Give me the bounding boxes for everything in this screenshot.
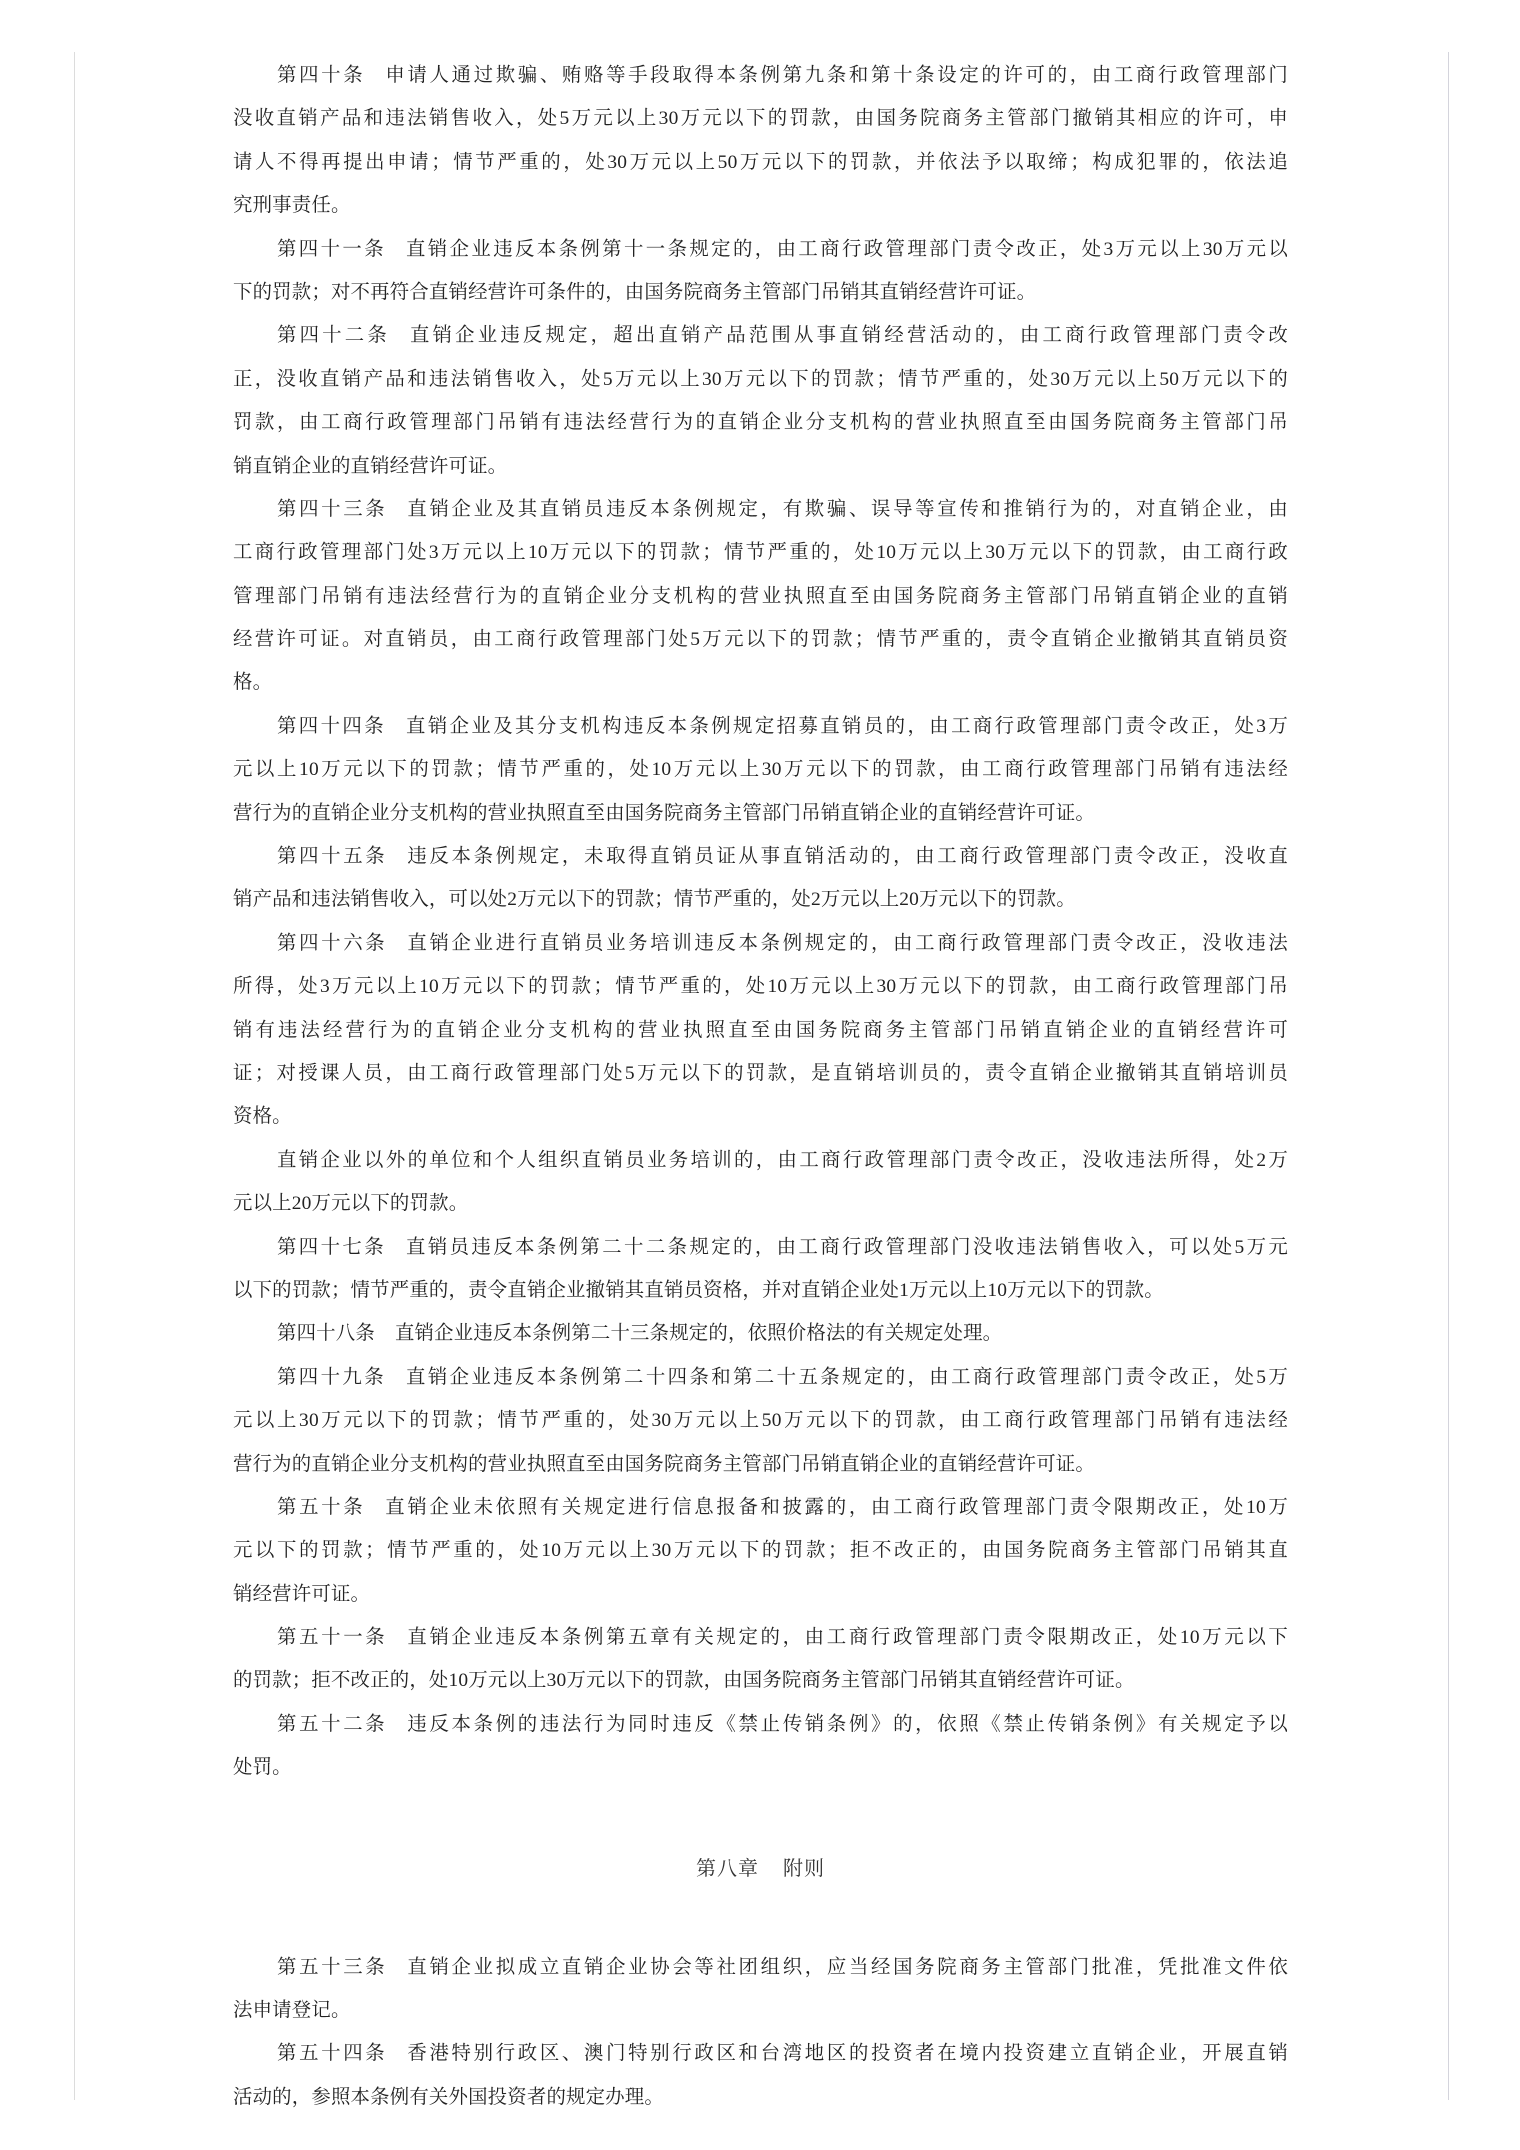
article-number: 第五十三条 — [277, 1957, 387, 1978]
article-paragraph: 第四十一条直销企业违反本条例第十一条规定的，由工商行政管理部门责令改正，处3万元… — [233, 228, 1288, 315]
line-text: 直销企业未依照有关规定进行信息报备和披露的，由工商行政管理部门责令限期改正，处1… — [385, 1497, 1288, 1518]
text-line: 没收直销产品和违法销售收入，处5万元以上30万元以下的罚款，由国务院商务主管部门… — [233, 97, 1288, 140]
line-text: 销产品和违法销售收入，可以处2万元以下的罚款；情节严重的，处2万元以上20万元以… — [233, 889, 1076, 910]
line-text: 直销企业以外的单位和个人组织直销员业务培训的，由工商行政管理部门责令改正，没收违… — [277, 1150, 1288, 1171]
line-text: 直销企业拟成立直销企业协会等社团组织，应当经国务院商务主管部门批准，凭批准文件依 — [407, 1957, 1288, 1978]
line-text: 经营许可证。对直销员，由工商行政管理部门处5万元以下的罚款；情节严重的，责令直销… — [233, 629, 1288, 650]
article-number: 第四十五条 — [277, 846, 387, 867]
line-text: 资格。 — [233, 1106, 292, 1127]
article-number: 第四十一条 — [277, 239, 386, 260]
line-text: 直销企业进行直销员业务培训违反本条例规定的，由工商行政管理部门责令改正，没收违法 — [407, 933, 1288, 954]
line-text: 违反本条例规定，未取得直销员证从事直销活动的，由工商行政管理部门责令改正，没收直 — [407, 846, 1288, 867]
line-text: 处罚。 — [233, 1757, 292, 1778]
text-line: 第四十二条直销企业违反规定，超出直销产品范围从事直销经营活动的，由工商行政管理部… — [233, 314, 1288, 357]
page-border-right — [1448, 52, 1449, 2100]
text-line: 究刑事责任。 — [233, 184, 1288, 227]
line-text: 申请人通过欺骗、贿赂等手段取得本条例第九条和第十条设定的许可的，由工商行政管理部… — [385, 65, 1288, 86]
line-text: 直销员违反本条例第二十二条规定的，由工商行政管理部门没收违法销售收入，可以处5万… — [406, 1237, 1288, 1258]
text-line: 管理部门吊销有违法经营行为的直销企业分支机构的营业执照直至由国务院商务主管部门吊… — [233, 575, 1288, 618]
text-line: 所得，处3万元以上10万元以下的罚款；情节严重的，处10万元以上30万元以下的罚… — [233, 965, 1288, 1008]
text-line: 正，没收直销产品和违法销售收入，处5万元以上30万元以下的罚款；情节严重的，处3… — [233, 358, 1288, 401]
line-text: 销直销企业的直销经营许可证。 — [233, 456, 507, 477]
article-number: 第五十四条 — [277, 2043, 387, 2064]
article-paragraph: 第四十九条直销企业违反本条例第二十四条和第二十五条规定的，由工商行政管理部门责令… — [233, 1356, 1288, 1486]
text-line: 经营许可证。对直销员，由工商行政管理部门处5万元以下的罚款；情节严重的，责令直销… — [233, 618, 1288, 661]
text-line: 第四十条申请人通过欺骗、贿赂等手段取得本条例第九条和第十条设定的许可的，由工商行… — [233, 54, 1288, 97]
text-line: 请人不得再提出申请；情节严重的，处30万元以上50万元以下的罚款，并依法予以取缔… — [233, 141, 1288, 184]
text-line: 销产品和违法销售收入，可以处2万元以下的罚款；情节严重的，处2万元以上20万元以… — [233, 878, 1288, 921]
article-number: 第四十条 — [277, 65, 365, 86]
article-paragraph: 第五十条直销企业未依照有关规定进行信息报备和披露的，由工商行政管理部门责令限期改… — [233, 1486, 1288, 1616]
text-line: 元以下的罚款；情节严重的，处10万元以上30万元以下的罚款；拒不改正的，由国务院… — [233, 1529, 1288, 1572]
text-line: 证；对授课人员，由工商行政管理部门处5万元以下的罚款，是直销培训员的，责令直销企… — [233, 1052, 1288, 1095]
article-paragraph: 第四十四条直销企业及其分支机构违反本条例规定招募直销员的，由工商行政管理部门责令… — [233, 705, 1288, 835]
text-line: 第四十六条直销企业进行直销员业务培训违反本条例规定的，由工商行政管理部门责令改正… — [233, 922, 1288, 965]
article-number: 第四十九条 — [277, 1367, 386, 1388]
article-number: 第五十条 — [277, 1497, 365, 1518]
article-paragraph: 直销企业以外的单位和个人组织直销员业务培训的，由工商行政管理部门责令改正，没收违… — [233, 1139, 1288, 1226]
text-line: 处罚。 — [233, 1746, 1288, 1789]
text-line: 的罚款；拒不改正的，处10万元以上30万元以下的罚款，由国务院商务主管部门吊销其… — [233, 1659, 1288, 1702]
article-number: 第四十二条 — [277, 325, 390, 346]
line-text: 直销企业违反本条例第五章有关规定的，由工商行政管理部门责令限期改正，处10万元以… — [407, 1627, 1288, 1648]
text-line: 销经营许可证。 — [233, 1573, 1288, 1616]
article-number: 第四十七条 — [277, 1237, 386, 1258]
line-text: 元以下的罚款；情节严重的，处10万元以上30万元以下的罚款；拒不改正的，由国务院… — [233, 1540, 1288, 1561]
line-text: 没收直销产品和违法销售收入，处5万元以上30万元以下的罚款，由国务院商务主管部门… — [233, 108, 1288, 129]
line-text: 元以上30万元以下的罚款；情节严重的，处30万元以上50万元以下的罚款，由工商行… — [233, 1410, 1288, 1431]
page-border-left — [74, 52, 75, 2100]
text-line: 活动的，参照本条例有关外国投资者的规定办理。 — [233, 2076, 1288, 2119]
section-before-chapter: 第四十条申请人通过欺骗、贿赂等手段取得本条例第九条和第十条设定的许可的，由工商行… — [233, 54, 1288, 1790]
line-text: 直销企业及其分支机构违反本条例规定招募直销员的，由工商行政管理部门责令改正，处3… — [406, 716, 1288, 737]
article-paragraph: 第五十四条香港特别行政区、澳门特别行政区和台湾地区的投资者在境内投资建立直销企业… — [233, 2032, 1288, 2119]
text-line: 格。 — [233, 661, 1288, 704]
article-number: 第四十四条 — [277, 716, 386, 737]
text-line: 营行为的直销企业分支机构的营业执照直至由国务院商务主管部门吊销直销企业的直销经营… — [233, 1443, 1288, 1486]
line-text: 香港特别行政区、澳门特别行政区和台湾地区的投资者在境内投资建立直销企业，开展直销 — [407, 2043, 1288, 2064]
line-text: 直销企业违反本条例第十一条规定的，由工商行政管理部门责令改正，处3万元以上30万… — [406, 239, 1288, 260]
line-text: 营行为的直销企业分支机构的营业执照直至由国务院商务主管部门吊销直销企业的直销经营… — [233, 803, 1095, 824]
article-paragraph: 第五十一条直销企业违反本条例第五章有关规定的，由工商行政管理部门责令限期改正，处… — [233, 1616, 1288, 1703]
text-line: 第四十七条直销员违反本条例第二十二条规定的，由工商行政管理部门没收违法销售收入，… — [233, 1226, 1288, 1269]
line-text: 元以上10万元以下的罚款；情节严重的，处10万元以上30万元以下的罚款，由工商行… — [233, 759, 1288, 780]
text-line: 第五十条直销企业未依照有关规定进行信息报备和披露的，由工商行政管理部门责令限期改… — [233, 1486, 1288, 1529]
text-line: 第五十二条违反本条例的违法行为同时违反《禁止传销条例》的，依照《禁止传销条例》有… — [233, 1703, 1288, 1746]
text-line: 第四十八条直销企业违反本条例第二十三条规定的，依照价格法的有关规定处理。 — [233, 1312, 1288, 1355]
line-text: 的罚款；拒不改正的，处10万元以上30万元以下的罚款，由国务院商务主管部门吊销其… — [233, 1670, 1135, 1691]
text-line: 销直销企业的直销经营许可证。 — [233, 445, 1288, 488]
text-line: 销有违法经营行为的直销企业分支机构的营业执照直至由国务院商务主管部门吊销直销企业… — [233, 1009, 1288, 1052]
chapter-title: 附则 — [783, 1856, 825, 1880]
line-text: 所得，处3万元以上10万元以下的罚款；情节严重的，处10万元以上30万元以下的罚… — [233, 976, 1288, 997]
line-text: 直销企业违反规定，超出直销产品范围从事直销经营活动的，由工商行政管理部门责令改 — [410, 325, 1288, 346]
article-paragraph: 第四十条申请人通过欺骗、贿赂等手段取得本条例第九条和第十条设定的许可的，由工商行… — [233, 54, 1288, 228]
line-text: 销有违法经营行为的直销企业分支机构的营业执照直至由国务院商务主管部门吊销直销企业… — [233, 1020, 1288, 1041]
text-line: 工商行政管理部门处3万元以上10万元以下的罚款；情节严重的，处10万元以上30万… — [233, 531, 1288, 574]
text-line: 第四十三条直销企业及其直销员违反本条例规定，有欺骗、误导等宣传和推销行为的，对直… — [233, 488, 1288, 531]
text-line: 第五十四条香港特别行政区、澳门特别行政区和台湾地区的投资者在境内投资建立直销企业… — [233, 2032, 1288, 2075]
text-line: 第四十一条直销企业违反本条例第十一条规定的，由工商行政管理部门责令改正，处3万元… — [233, 228, 1288, 271]
text-line: 第四十九条直销企业违反本条例第二十四条和第二十五条规定的，由工商行政管理部门责令… — [233, 1356, 1288, 1399]
document-body: 第四十条申请人通过欺骗、贿赂等手段取得本条例第九条和第十条设定的许可的，由工商行… — [233, 54, 1288, 2119]
line-text: 格。 — [233, 672, 272, 693]
line-text: 法申请登记。 — [233, 2000, 351, 2021]
line-text: 直销企业违反本条例第二十三条规定的，依照价格法的有关规定处理。 — [395, 1323, 1002, 1344]
text-line: 资格。 — [233, 1095, 1288, 1138]
section-after-chapter: 第五十三条直销企业拟成立直销企业协会等社团组织，应当经国务院商务主管部门批准，凭… — [233, 1946, 1288, 2120]
text-line: 元以上10万元以下的罚款；情节严重的，处10万元以上30万元以下的罚款，由工商行… — [233, 748, 1288, 791]
line-text: 直销企业及其直销员违反本条例规定，有欺骗、误导等宣传和推销行为的，对直销企业，由 — [407, 499, 1288, 520]
article-paragraph: 第四十七条直销员违反本条例第二十二条规定的，由工商行政管理部门没收违法销售收入，… — [233, 1226, 1288, 1313]
article-number: 第五十二条 — [277, 1714, 387, 1735]
line-text: 请人不得再提出申请；情节严重的，处30万元以上50万元以下的罚款，并依法予以取缔… — [233, 152, 1288, 173]
chapter-number: 第八章 — [696, 1856, 759, 1880]
text-line: 营行为的直销企业分支机构的营业执照直至由国务院商务主管部门吊销直销企业的直销经营… — [233, 792, 1288, 835]
text-line: 法申请登记。 — [233, 1989, 1288, 2032]
line-text: 证；对授课人员，由工商行政管理部门处5万元以下的罚款，是直销培训员的，责令直销企… — [233, 1063, 1288, 1084]
line-text: 直销企业违反本条例第二十四条和第二十五条规定的，由工商行政管理部门责令改正，处5… — [406, 1367, 1288, 1388]
text-line: 第五十三条直销企业拟成立直销企业协会等社团组织，应当经国务院商务主管部门批准，凭… — [233, 1946, 1288, 1989]
text-line: 第四十五条违反本条例规定，未取得直销员证从事直销活动的，由工商行政管理部门责令改… — [233, 835, 1288, 878]
article-number: 第四十三条 — [277, 499, 387, 520]
text-line: 直销企业以外的单位和个人组织直销员业务培训的，由工商行政管理部门责令改正，没收违… — [233, 1139, 1288, 1182]
text-line: 元以上30万元以下的罚款；情节严重的，处30万元以上50万元以下的罚款，由工商行… — [233, 1399, 1288, 1442]
text-line: 以下的罚款；情节严重的，责令直销企业撤销其直销员资格，并对直销企业处1万元以上1… — [233, 1269, 1288, 1312]
line-text: 究刑事责任。 — [233, 195, 351, 216]
line-text: 销经营许可证。 — [233, 1584, 370, 1605]
text-line: 第四十四条直销企业及其分支机构违反本条例规定招募直销员的，由工商行政管理部门责令… — [233, 705, 1288, 748]
line-text: 下的罚款；对不再符合直销经营许可条件的，由国务院商务主管部门吊销其直销经营许可证… — [233, 282, 1036, 303]
article-paragraph: 第四十八条直销企业违反本条例第二十三条规定的，依照价格法的有关规定处理。 — [233, 1312, 1288, 1355]
article-paragraph: 第四十三条直销企业及其直销员违反本条例规定，有欺骗、误导等宣传和推销行为的，对直… — [233, 488, 1288, 705]
line-text: 工商行政管理部门处3万元以上10万元以下的罚款；情节严重的，处10万元以上30万… — [233, 542, 1288, 563]
chapter-heading: 第八章附则 — [233, 1790, 1288, 1946]
article-paragraph: 第五十三条直销企业拟成立直销企业协会等社团组织，应当经国务院商务主管部门批准，凭… — [233, 1946, 1288, 2033]
article-paragraph: 第四十五条违反本条例规定，未取得直销员证从事直销活动的，由工商行政管理部门责令改… — [233, 835, 1288, 922]
line-text: 营行为的直销企业分支机构的营业执照直至由国务院商务主管部门吊销直销企业的直销经营… — [233, 1454, 1095, 1475]
text-line: 元以上20万元以下的罚款。 — [233, 1182, 1288, 1225]
article-paragraph: 第五十二条违反本条例的违法行为同时违反《禁止传销条例》的，依照《禁止传销条例》有… — [233, 1703, 1288, 1790]
article-paragraph: 第四十二条直销企业违反规定，超出直销产品范围从事直销经营活动的，由工商行政管理部… — [233, 314, 1288, 488]
line-text: 罚款，由工商行政管理部门吊销有违法经营行为的直销企业分支机构的营业执照直至由国务… — [233, 412, 1288, 433]
article-paragraph: 第四十六条直销企业进行直销员业务培训违反本条例规定的，由工商行政管理部门责令改正… — [233, 922, 1288, 1139]
line-text: 正，没收直销产品和违法销售收入，处5万元以上30万元以下的罚款；情节严重的，处3… — [233, 369, 1288, 390]
article-number: 第五十一条 — [277, 1627, 387, 1648]
line-text: 管理部门吊销有违法经营行为的直销企业分支机构的营业执照直至由国务院商务主管部门吊… — [233, 586, 1288, 607]
line-text: 元以上20万元以下的罚款。 — [233, 1193, 468, 1214]
article-number: 第四十八条 — [277, 1323, 375, 1344]
article-number: 第四十六条 — [277, 933, 387, 954]
text-line: 第五十一条直销企业违反本条例第五章有关规定的，由工商行政管理部门责令限期改正，处… — [233, 1616, 1288, 1659]
line-text: 活动的，参照本条例有关外国投资者的规定办理。 — [233, 2087, 664, 2108]
line-text: 以下的罚款；情节严重的，责令直销企业撤销其直销员资格，并对直销企业处1万元以上1… — [233, 1280, 1164, 1301]
text-line: 罚款，由工商行政管理部门吊销有违法经营行为的直销企业分支机构的营业执照直至由国务… — [233, 401, 1288, 444]
text-line: 下的罚款；对不再符合直销经营许可条件的，由国务院商务主管部门吊销其直销经营许可证… — [233, 271, 1288, 314]
line-text: 违反本条例的违法行为同时违反《禁止传销条例》的，依照《禁止传销条例》有关规定予以 — [407, 1714, 1288, 1735]
